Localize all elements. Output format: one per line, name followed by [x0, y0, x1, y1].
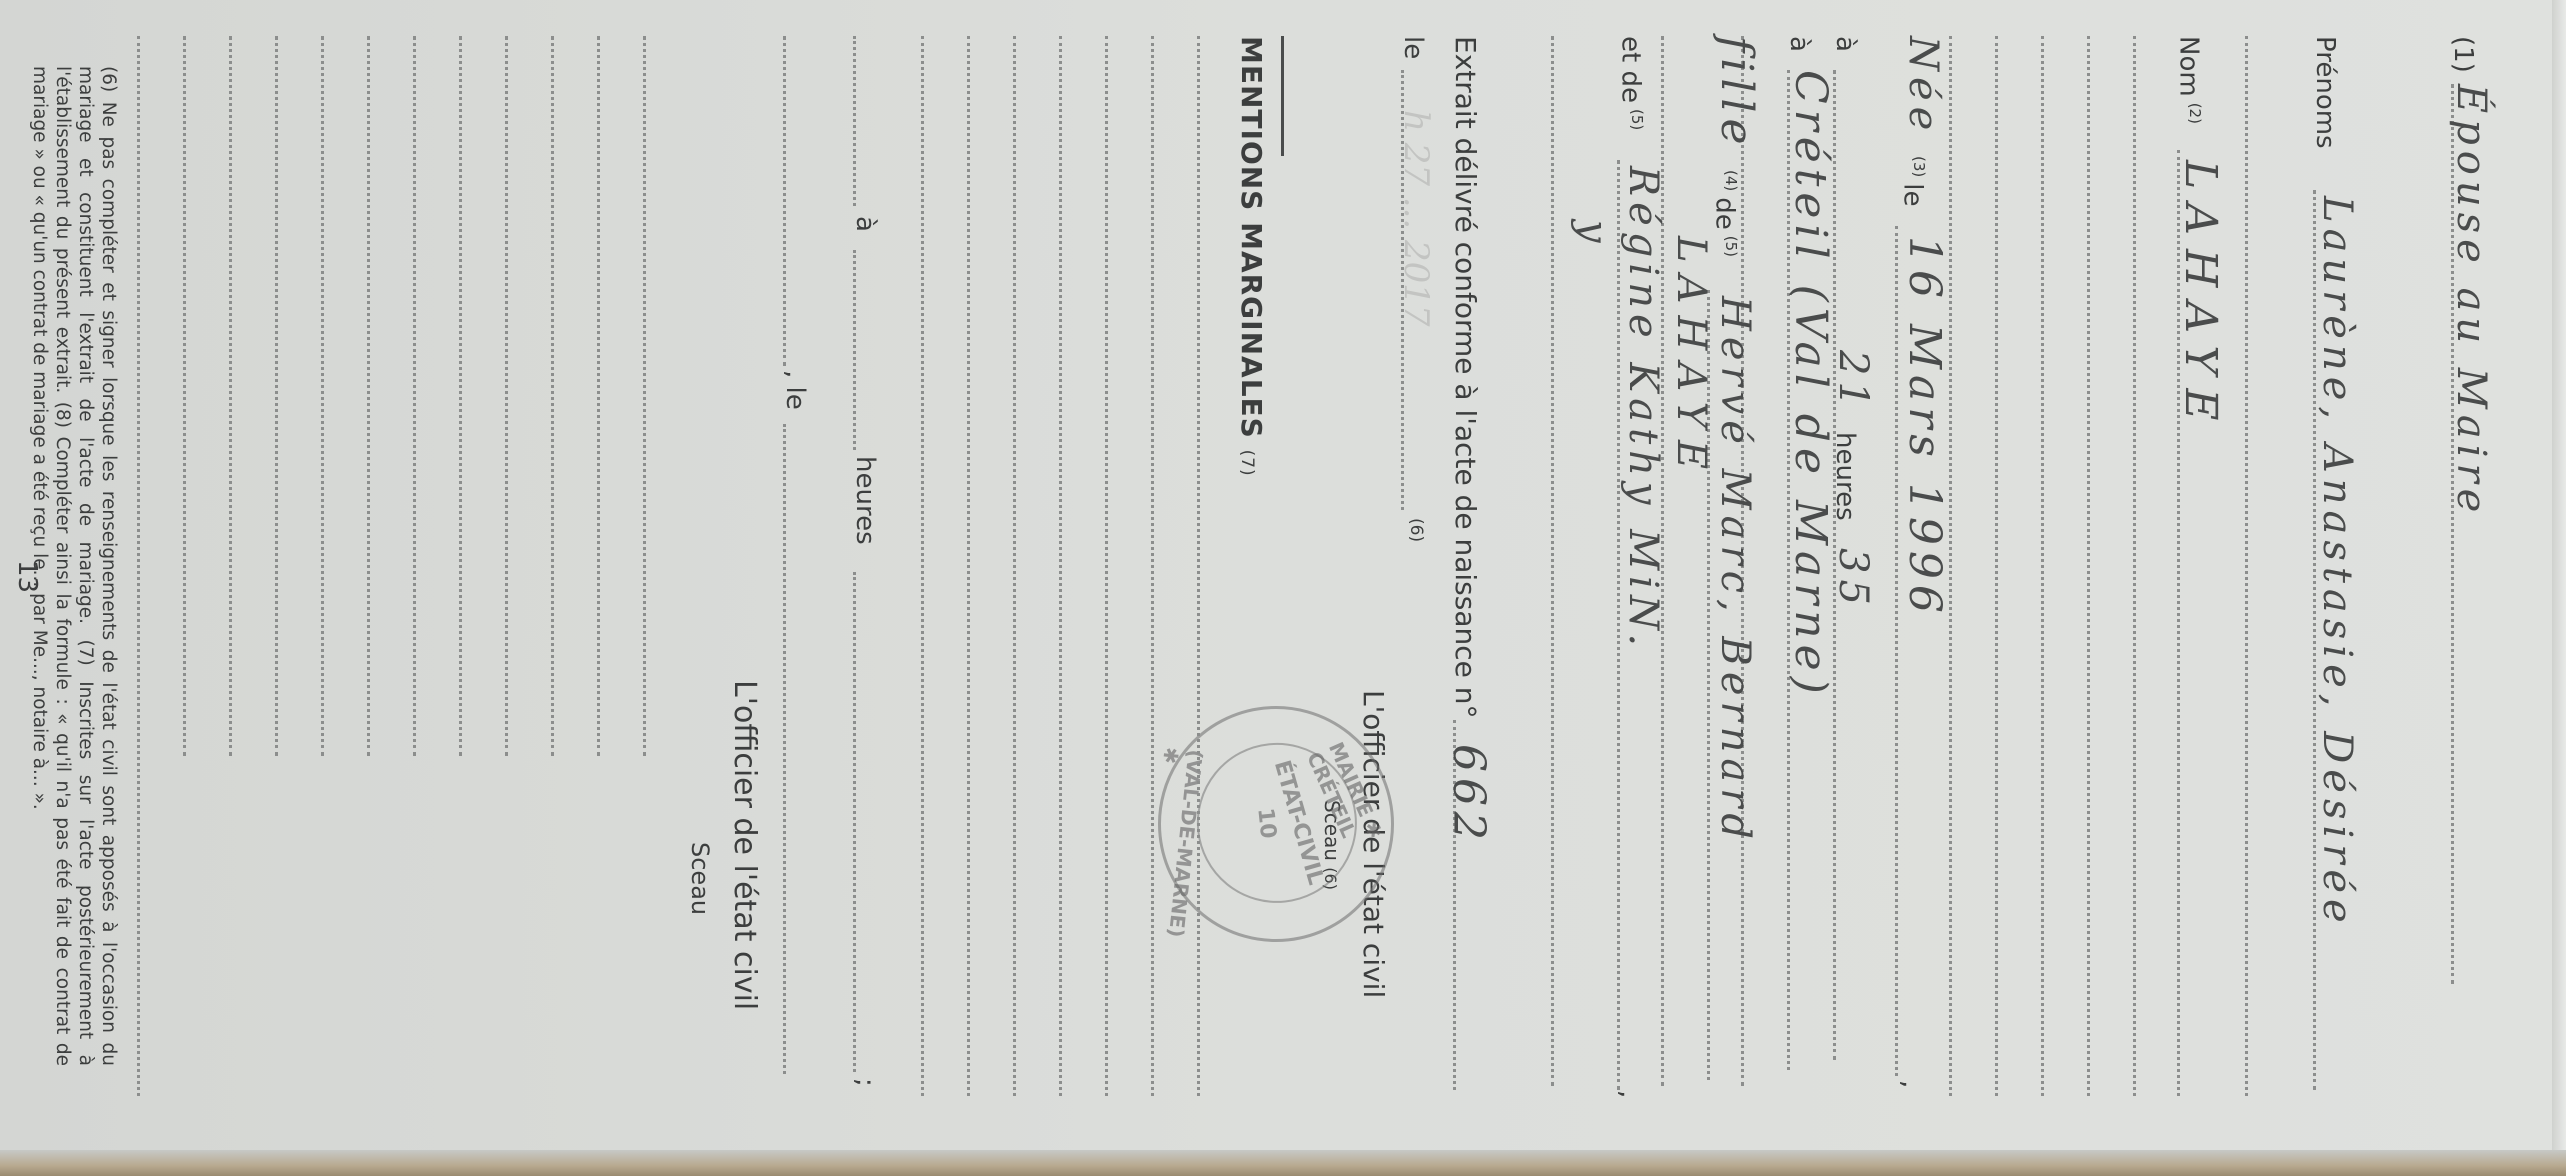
stamp-center-number: 10: [1252, 807, 1280, 840]
page-number: 13: [12, 560, 42, 593]
semicolon: ;: [850, 1078, 880, 1087]
a-label: à: [1830, 36, 1860, 52]
nee-le-label: (3)le: [1897, 150, 1928, 206]
note-6: (6): [1406, 518, 1426, 542]
comma: ,: [1896, 1080, 1926, 1088]
dotted-line: [2133, 36, 2136, 1096]
mentions-officer-label: L'officier de l'état civil: [727, 680, 762, 1010]
dotted-line: [1059, 36, 1062, 1096]
prenoms-value: Laurène, Anastasie, Désirée: [2314, 196, 2360, 929]
mentions-le-label: , le: [780, 370, 810, 410]
note-3: (3): [1910, 156, 1928, 177]
mother-name: Régine Kathy MiN.: [1620, 166, 1666, 652]
mentions-heading: MENTIONS MARGINALES (7): [1235, 36, 1268, 477]
dotted-line: [643, 36, 646, 756]
dotted-line: [1995, 36, 1998, 1096]
birth-minutes: 35: [1830, 548, 1876, 611]
nom-label-text: Nom: [2173, 36, 2203, 97]
birth-hour: 21: [1830, 350, 1876, 413]
binding-edge: [0, 1150, 2566, 1176]
mentions-a-label: à: [850, 216, 880, 232]
dotted-line: [183, 36, 186, 756]
extract-le-label: le: [1398, 36, 1428, 59]
father-name: Hervé Marc, Bernard: [1712, 296, 1758, 845]
header-handwritten: Épouse au Maire: [2448, 84, 2494, 518]
comma: ,: [1614, 1090, 1644, 1098]
dotted-line: [1105, 36, 1108, 1096]
dotted-line: [1551, 36, 1554, 1086]
dotted-line: [853, 572, 856, 1072]
mentions-heures-label: heures: [850, 456, 880, 545]
dotted-line: [229, 36, 232, 756]
dotted-line: [367, 36, 370, 756]
birth-place: Créteil (Val de Marne): [1785, 70, 1836, 700]
dotted-line: [853, 36, 856, 206]
dotted-line: [551, 36, 554, 756]
note-2: (2): [2186, 103, 2204, 124]
dotted-line: [1013, 36, 1016, 1096]
section-rule: [1281, 36, 1284, 156]
et-de-label: et de(5): [1615, 36, 1646, 136]
mentions-seal-label: Sceau: [686, 842, 714, 915]
livret-de-famille-page: (1) Épouse au Maire Prénoms Laurène, Ana…: [0, 0, 2566, 1176]
mentions-heading-text: MENTIONS MARGINALES: [1235, 36, 1268, 439]
dotted-line: [1151, 36, 1154, 1096]
photo-background: (1) Épouse au Maire Prénoms Laurène, Ana…: [0, 0, 2566, 1176]
note-5: (5): [1722, 236, 1740, 257]
note-1: (1): [2448, 36, 2478, 73]
nee-handwritten: Née: [1900, 36, 1946, 136]
a2-label: à: [1784, 36, 1814, 52]
acte-number: 662: [1443, 744, 1494, 846]
dotted-line: [459, 36, 462, 756]
dotted-line: [597, 36, 600, 756]
bleed-through-text: h 27 ... 2017: [1396, 110, 1436, 327]
header-note: (1): [2448, 36, 2478, 73]
note-4: (4): [1722, 170, 1740, 191]
dotted-line: [2245, 36, 2248, 1096]
dotted-line: [413, 36, 416, 756]
dotted-line: [783, 36, 786, 366]
dotted-line: [321, 36, 324, 756]
dotted-line: [783, 424, 786, 1074]
dotted-line: [275, 36, 278, 756]
fille-handwritten: fille: [1711, 36, 1762, 151]
dotted-line: [2087, 36, 2090, 1096]
note-5b: (5): [1628, 109, 1646, 130]
birth-date: 16 Mars 1996: [1899, 236, 1950, 619]
dotted-line: [1197, 36, 1200, 1096]
prenoms-label: Prénoms: [2310, 36, 2340, 149]
dotted-line: [2041, 36, 2044, 1096]
father-name-continued: LAHAYE: [1668, 236, 1714, 481]
dotted-line: [967, 36, 970, 1096]
extract-text: Extrait délivré conforme à l'acte de nai…: [1449, 36, 1482, 719]
page-top-edge: [2552, 0, 2566, 1176]
dotted-line: [921, 36, 924, 1096]
le-label: le: [1897, 183, 1927, 206]
dotted-line: [505, 36, 508, 756]
dotted-line: [137, 36, 140, 1096]
de-label: de: [1709, 197, 1739, 230]
dotted-line: [853, 250, 856, 450]
paper-sheet: [0, 0, 2554, 1150]
note-7: (7): [1237, 450, 1257, 477]
nom-value: LAHAYE: [2175, 160, 2226, 435]
nom-label: Nom(2): [2173, 36, 2204, 130]
mother-name-continued: y: [1570, 220, 1616, 249]
et-de-text: et de: [1615, 36, 1645, 103]
dotted-line: [1895, 226, 1898, 1076]
